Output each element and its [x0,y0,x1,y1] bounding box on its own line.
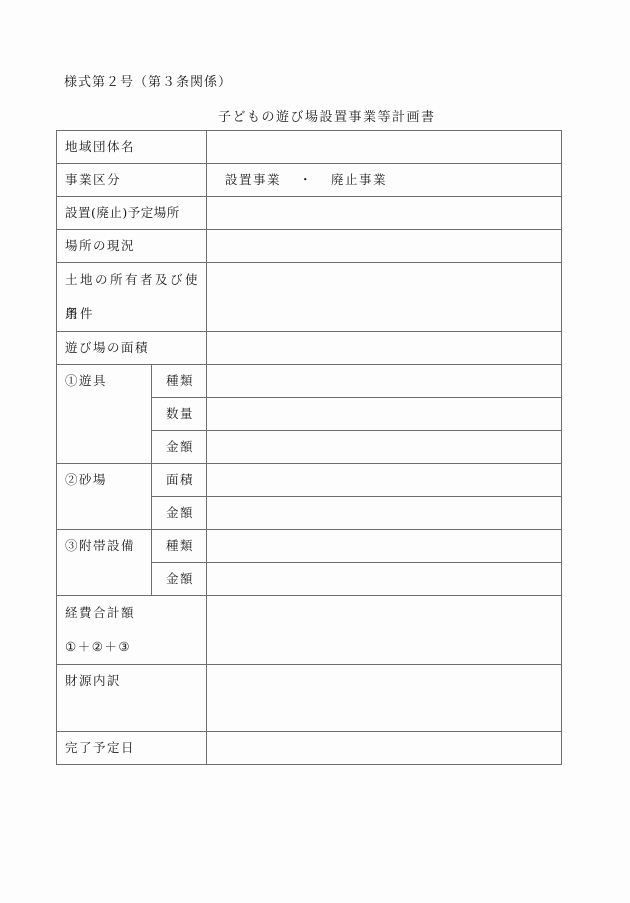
row-facilities-type: ③附帯設備 種類 [57,530,562,563]
equipment-amount-label: 金額 [152,431,207,464]
land-owner-label-line2: 条件 [65,297,206,331]
equipment-type-label: 種類 [152,365,207,398]
sandbox-label: ②砂場 [57,464,152,530]
row-funding: 財源内訳 [57,665,562,732]
playground-area-label: 遊び場の面積 [57,332,207,365]
form-number-label: 様式第２号（第３条関係） [64,71,232,90]
total-cost-label: 経費合計額 ①＋②＋③ [57,596,207,665]
row-sandbox-area: ②砂場 面積 [57,464,562,497]
equipment-quantity-field[interactable] [207,398,562,431]
equipment-type-field[interactable] [207,365,562,398]
completion-date-label: 完了予定日 [57,732,207,765]
facilities-type-label: 種類 [152,530,207,563]
total-cost-formula: ①＋②＋③ [65,630,206,664]
row-site-status: 場所の現況 [57,230,562,263]
land-owner-label-line1: 土地の所有者及び使用 [65,263,206,297]
facilities-label: ③附帯設備 [57,530,152,596]
row-completion-date: 完了予定日 [57,732,562,765]
facilities-amount-field[interactable] [207,563,562,596]
facilities-type-field[interactable] [207,530,562,563]
sandbox-area-field[interactable] [207,464,562,497]
total-cost-field[interactable] [207,596,562,665]
plan-form-table: 地域団体名 事業区分 設置事業・廃止事業 設置(廃止)予定場所 場所の現況 土地… [56,130,562,765]
sandbox-amount-field[interactable] [207,497,562,530]
sandbox-area-label: 面積 [152,464,207,497]
row-playground-area: 遊び場の面積 [57,332,562,365]
option-abolition[interactable]: 廃止事業 [331,172,387,187]
row-business-type: 事業区分 設置事業・廃止事業 [57,164,562,197]
equipment-amount-field[interactable] [207,431,562,464]
total-cost-label-line1: 経費合計額 [65,596,206,630]
row-location: 設置(廃止)予定場所 [57,197,562,230]
group-name-field[interactable] [207,131,562,164]
location-label: 設置(廃止)予定場所 [57,197,207,230]
group-name-label: 地域団体名 [57,131,207,164]
row-equipment-type: ①遊具 種類 [57,365,562,398]
completion-date-field[interactable] [207,732,562,765]
location-field[interactable] [207,197,562,230]
sandbox-amount-label: 金額 [152,497,207,530]
funding-field[interactable] [207,665,562,732]
equipment-label: ①遊具 [57,365,152,464]
funding-label: 財源内訳 [57,665,207,732]
land-owner-label: 土地の所有者及び使用 条件 [57,263,207,332]
document-title: 子どもの遊び場設置事業等計画書 [218,106,436,125]
business-type-choice[interactable]: 設置事業・廃止事業 [207,164,562,197]
row-total-cost: 経費合計額 ①＋②＋③ [57,596,562,665]
facilities-amount-label: 金額 [152,563,207,596]
row-land-owner: 土地の所有者及び使用 条件 [57,263,562,332]
site-status-field[interactable] [207,230,562,263]
site-status-label: 場所の現況 [57,230,207,263]
equipment-quantity-label: 数量 [152,398,207,431]
business-type-label: 事業区分 [57,164,207,197]
row-group-name: 地域団体名 [57,131,562,164]
option-installation[interactable]: 設置事業 [225,172,281,187]
land-owner-field[interactable] [207,263,562,332]
playground-area-field[interactable] [207,332,562,365]
option-separator: ・ [299,174,313,187]
